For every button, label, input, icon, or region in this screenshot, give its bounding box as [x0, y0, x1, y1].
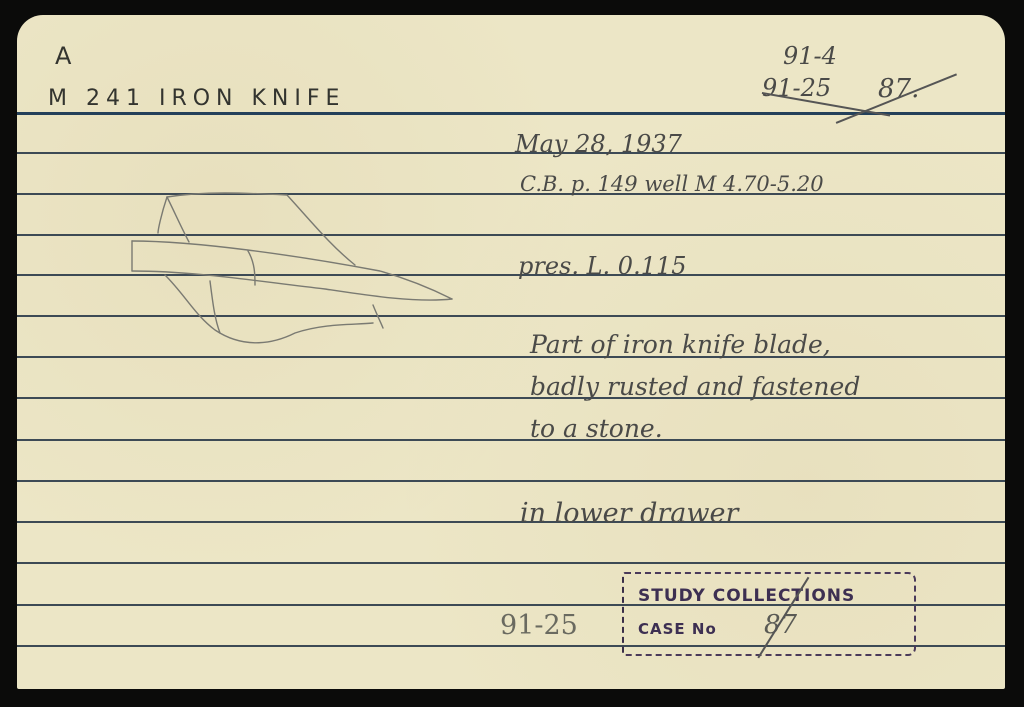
stamp-case-number: 87	[764, 610, 797, 640]
ruled-line	[17, 562, 1005, 564]
bottom-number: 91-25	[500, 610, 578, 641]
study-collections-stamp: STUDY COLLECTIONS CASE No 87	[622, 572, 916, 656]
description-line-1: Part of iron knife blade,	[530, 330, 831, 359]
entry-date: May 28, 1937	[515, 130, 682, 158]
stamp-title: STUDY COLLECTIONS	[638, 586, 855, 606]
reference-note: C.B. p. 149 well M 4.70-5.20	[520, 172, 824, 196]
ruled-line	[17, 480, 1005, 482]
stamp-case-label: CASE No	[638, 620, 717, 638]
ruled-line	[17, 439, 1005, 441]
ruled-line	[17, 521, 1005, 523]
description-line-2: badly rusted and fastened	[530, 372, 860, 401]
ruled-line	[17, 152, 1005, 154]
old-case-struck: 87.	[878, 74, 919, 104]
section-letter: A	[55, 42, 77, 70]
knife-sketch-icon	[115, 175, 465, 355]
ruled-line	[17, 356, 1005, 358]
measurement: pres. L. 0.115	[518, 252, 687, 280]
current-number: 91-4	[783, 42, 837, 70]
catalog-title: M 241 IRON KNIFE	[48, 86, 345, 111]
location-note: in lower drawer	[520, 498, 738, 529]
description-line-3: to a stone.	[530, 414, 663, 443]
